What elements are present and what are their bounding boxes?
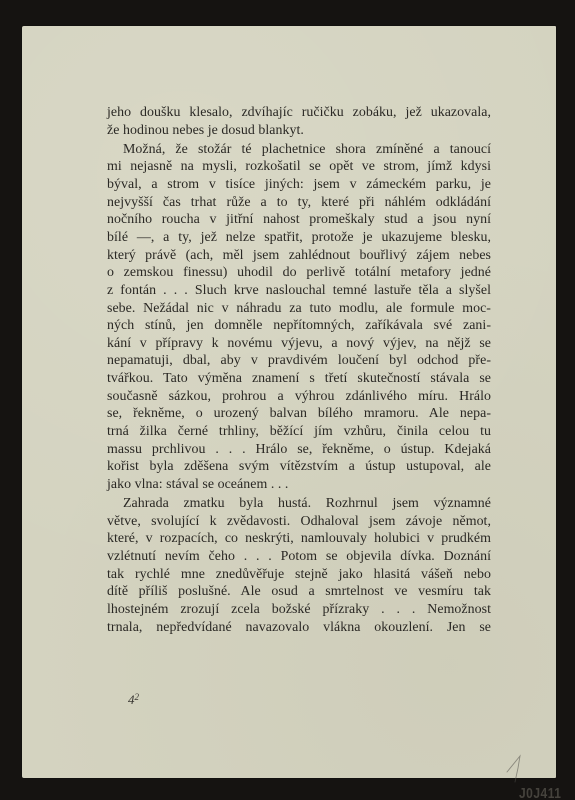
text-line: se, řekněme, o urozený balvan bílého mra… <box>107 405 491 423</box>
text-line: jako vlna: stával se oceánem . . . <box>107 476 491 494</box>
text-line: větve, svolující k zvědavosti. Odhaloval… <box>107 513 491 531</box>
book-page: jeho doušku klesalo, zdvíhajíc ručičku z… <box>22 26 556 778</box>
text-line: jeho doušku klesalo, zdvíhajíc ručičku z… <box>107 104 491 122</box>
text-line: které, v rozpacích, co neskrýti, namlouv… <box>107 530 491 548</box>
text-line: o zemskou finessu) uhodil do perlivě tot… <box>107 264 491 282</box>
text-line: lhostejném zrozují zcela božské přízraky… <box>107 601 491 619</box>
text-line: nepamatuji, dbal, aby v pravdivém loučen… <box>107 352 491 370</box>
text-line: tak rychlé mne znedůvěřuje stejně jako h… <box>107 566 491 584</box>
pencil-mark-icon <box>505 754 525 784</box>
paragraph-start-line: Zahrada zmatku byla hustá. Rozhrnul jsem… <box>107 495 491 513</box>
scan-background: jeho doušku klesalo, zdvíhajíc ručičku z… <box>0 0 575 800</box>
text-line: massu prchlivou . . . Hrálo se, řekněme,… <box>107 441 491 459</box>
text-line: který právě (ach, měl jsem zahlédnout bo… <box>107 247 491 265</box>
text-line: tvářkou. Tato výměna znamení s třetí sku… <box>107 370 491 388</box>
body-text: jeho doušku klesalo, zdvíhajíc ručičku z… <box>107 104 491 636</box>
text-line: nočního roucha v jitřní nahost promeškal… <box>107 211 491 229</box>
text-line: býval, a strom v tisíce jiných: jsem v z… <box>107 176 491 194</box>
paragraph-start-line: Možná, že stožár té plachetnice shora zm… <box>107 141 491 159</box>
text-line: kání v přípravy k novému výjevu, a nový … <box>107 335 491 353</box>
text-line: současně sázkou, prohrou a výhrou zdánli… <box>107 388 491 406</box>
text-line: vzlétnutí nevím čeho . . . Potom se obje… <box>107 548 491 566</box>
text-line: bílé —, a ty, jež nelze spatřit, protože… <box>107 229 491 247</box>
page-number: 42 <box>128 692 139 708</box>
text-line: ných stínů, jen domněle nepřítomných, za… <box>107 317 491 335</box>
text-line: že hodinou nebes je dosud blankyt. <box>107 122 491 140</box>
archive-stamp: J0J411 <box>519 784 561 800</box>
text-line: kořist byla zděšena svým vítězstvím a ús… <box>107 458 491 476</box>
text-line: mi nejasně na mysli, rozkošatil se opět … <box>107 158 491 176</box>
text-line: z fontán . . . Sluch krve naslouchal tem… <box>107 282 491 300</box>
text-line: trná žilka černé trhliny, běžící jím vzh… <box>107 423 491 441</box>
text-line: sebe. Nežádal nic v náhradu za tuto modl… <box>107 300 491 318</box>
text-line: trnala, nepředvídané navazovalo vlákna o… <box>107 619 491 637</box>
text-line: nejvyšší čas trhat růže a to ty, které p… <box>107 194 491 212</box>
text-line: dítě příliš poslušné. Ale osud a smrteln… <box>107 583 491 601</box>
page-number-superscript: 2 <box>135 692 140 702</box>
